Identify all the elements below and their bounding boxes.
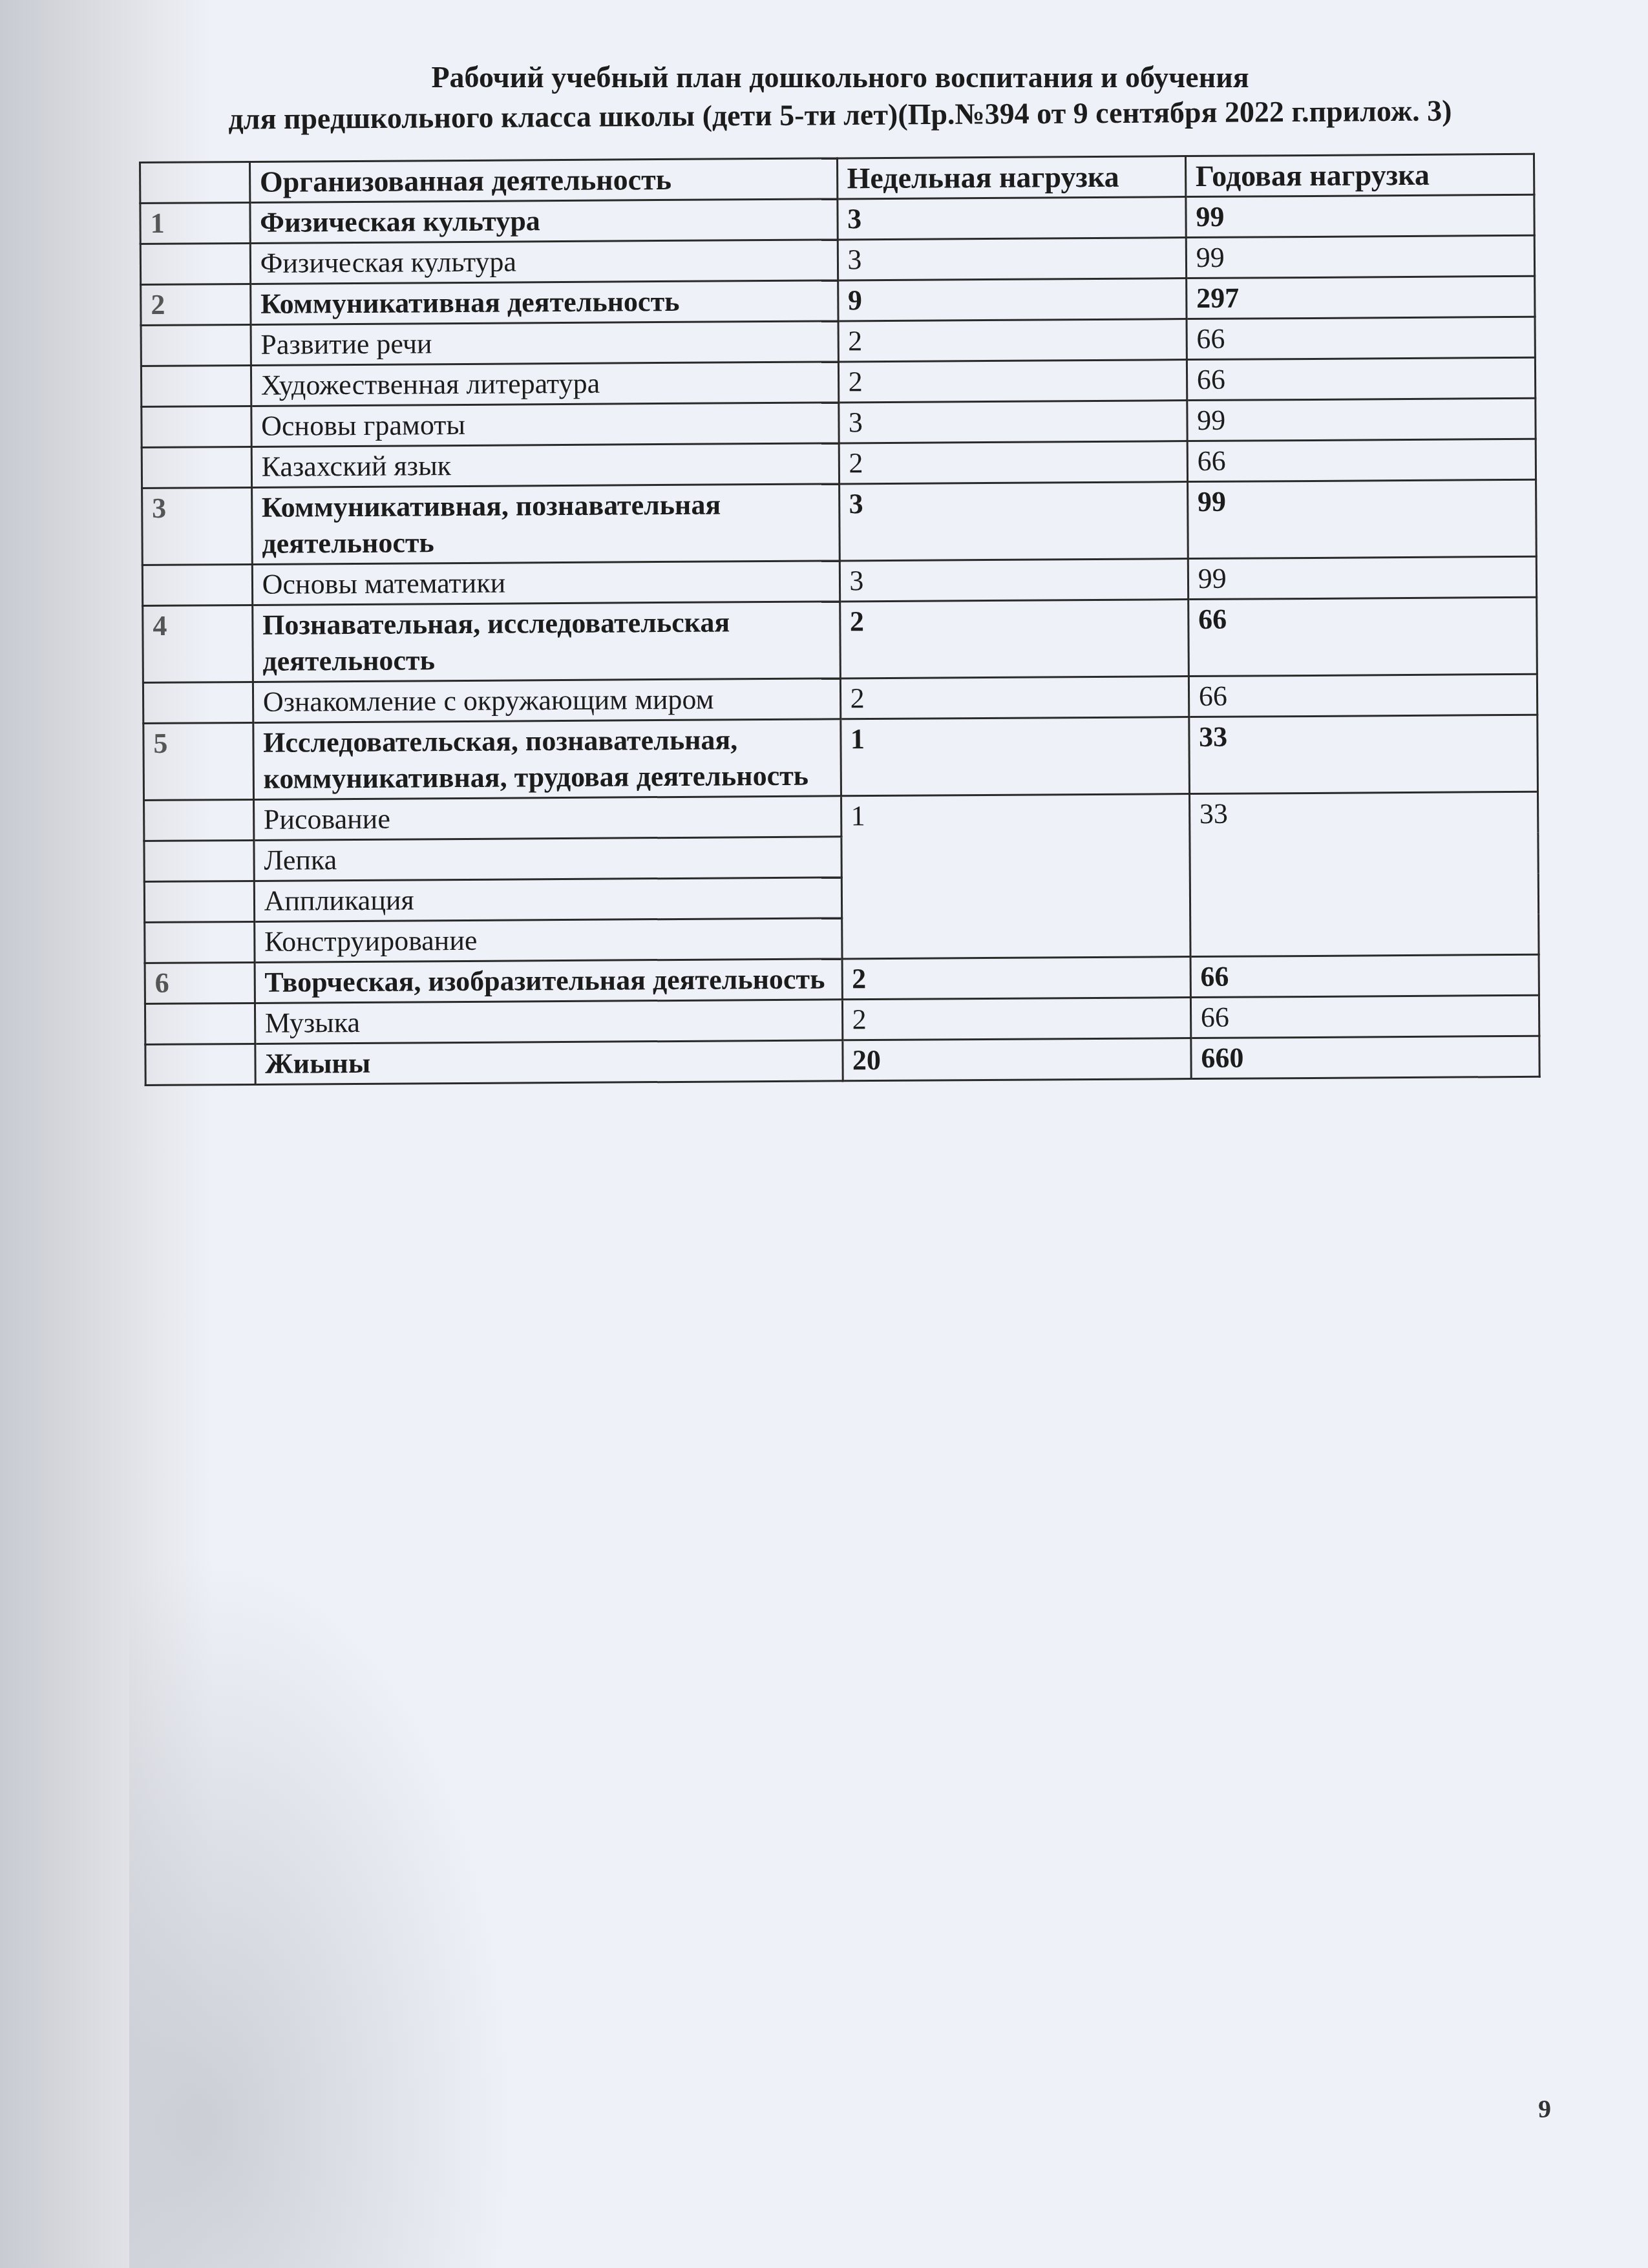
curriculum-table: Организованная деятельность Недельная на… <box>139 153 1541 1086</box>
row-annual-load: 66 <box>1187 317 1536 359</box>
row-weekly-load: 2 <box>842 998 1191 1040</box>
row-activity-name: Лепка <box>254 837 841 881</box>
header-activity: Организованная деятельность <box>249 158 837 203</box>
row-annual-load: 99 <box>1186 194 1535 237</box>
row-activity-name: Физическая культура <box>250 199 838 244</box>
row-annual-load: 66 <box>1187 439 1536 481</box>
header-weekly-load: Недельная нагрузка <box>837 156 1186 199</box>
row-number <box>142 406 251 447</box>
row-activity-name: Конструирование <box>254 918 841 963</box>
row-activity-name: Основы математики <box>252 561 840 605</box>
row-activity-name: Творческая, изобразительная деятельность <box>255 959 842 1003</box>
row-number: 2 <box>141 284 251 325</box>
row-weekly-load: 2 <box>842 957 1191 1000</box>
row-number: 6 <box>145 962 255 1003</box>
row-activity-name: Основы грамоты <box>251 403 839 447</box>
row-activity-name: Ознакомление с окружающим миром <box>253 678 840 723</box>
row-annual-load: 33 <box>1189 792 1539 956</box>
row-number <box>145 1003 255 1044</box>
row-activity-name: Рисование <box>253 796 841 841</box>
row-weekly-load: 9 <box>838 278 1187 321</box>
row-number <box>142 446 251 488</box>
row-weekly-load: 3 <box>839 482 1188 561</box>
row-annual-load: 66 <box>1190 995 1539 1038</box>
row-activity-name: Коммуникативная, познавательная деятельн… <box>251 484 840 565</box>
page-number: 9 <box>1538 2094 1551 2124</box>
header-annual-load: Годовая нагрузка <box>1185 154 1534 196</box>
row-number <box>142 564 252 605</box>
row-weekly-load: 2 <box>840 600 1188 678</box>
row-activity-name: Развитие речи <box>251 321 838 366</box>
row-weekly-load: 1 <box>841 794 1190 959</box>
row-number <box>140 243 250 284</box>
row-annual-load: 66 <box>1188 597 1537 676</box>
row-activity-name: Коммуникативная деятельность <box>250 280 838 325</box>
table-row: Жиыны20660 <box>145 1036 1539 1085</box>
row-number <box>141 365 251 406</box>
row-number <box>143 682 253 723</box>
row-activity-name: Исследовательская, познавательная, комму… <box>253 719 841 800</box>
row-annual-load: 66 <box>1190 954 1539 997</box>
table-row: 4Познавательная, исследовательская деяте… <box>143 597 1537 682</box>
row-weekly-load: 20 <box>842 1038 1191 1081</box>
row-weekly-load: 2 <box>839 441 1188 484</box>
row-number <box>145 1044 255 1085</box>
row-weekly-load: 2 <box>838 319 1187 362</box>
row-number <box>145 921 255 963</box>
row-weekly-load: 3 <box>838 238 1187 280</box>
row-annual-load: 99 <box>1187 479 1536 558</box>
row-number: 3 <box>142 487 252 565</box>
row-activity-name: Жиыны <box>255 1040 843 1085</box>
table-row: Рисование133 <box>144 792 1538 841</box>
row-annual-load: 66 <box>1187 357 1536 400</box>
document-title-line-1: Рабочий учебный план дошкольного воспита… <box>162 58 1519 97</box>
row-annual-load: 99 <box>1187 398 1536 441</box>
row-weekly-load: 2 <box>840 677 1189 719</box>
scan-shadow <box>129 1551 517 2268</box>
row-weekly-load: 1 <box>840 717 1189 796</box>
row-annual-load: 660 <box>1191 1036 1540 1078</box>
table-row: 5Исследовательская, познавательная, комм… <box>143 715 1538 800</box>
row-weekly-load: 3 <box>838 401 1187 443</box>
table-row: 3Коммуникативная, познавательная деятель… <box>142 479 1537 565</box>
row-number: 4 <box>143 605 253 682</box>
row-annual-load: 297 <box>1186 276 1535 319</box>
row-number <box>141 324 251 366</box>
row-annual-load: 66 <box>1188 674 1537 717</box>
row-weekly-load: 3 <box>840 559 1188 602</box>
row-annual-load: 33 <box>1189 715 1538 793</box>
row-weekly-load: 3 <box>837 197 1186 240</box>
row-annual-load: 99 <box>1188 556 1537 599</box>
row-activity-name: Физическая культура <box>250 240 838 284</box>
table-body: 1Физическая культура399Физическая культу… <box>140 194 1539 1085</box>
row-number: 5 <box>143 722 253 800</box>
row-activity-name: Познавательная, исследовательская деятел… <box>252 602 840 682</box>
document-title-line-2: для предшкольного класса школы (дети 5-т… <box>162 91 1519 140</box>
row-activity-name: Художественная литература <box>251 362 838 406</box>
row-number <box>144 881 254 922</box>
row-activity-name: Казахский язык <box>251 443 839 488</box>
row-activity-name: Музыка <box>255 1000 842 1044</box>
row-number: 1 <box>140 202 250 244</box>
header-number <box>140 162 250 203</box>
row-number <box>144 799 254 841</box>
row-weekly-load: 2 <box>838 360 1187 403</box>
row-annual-load: 99 <box>1186 235 1535 278</box>
row-number <box>144 840 254 881</box>
row-activity-name: Аппликация <box>254 877 841 922</box>
